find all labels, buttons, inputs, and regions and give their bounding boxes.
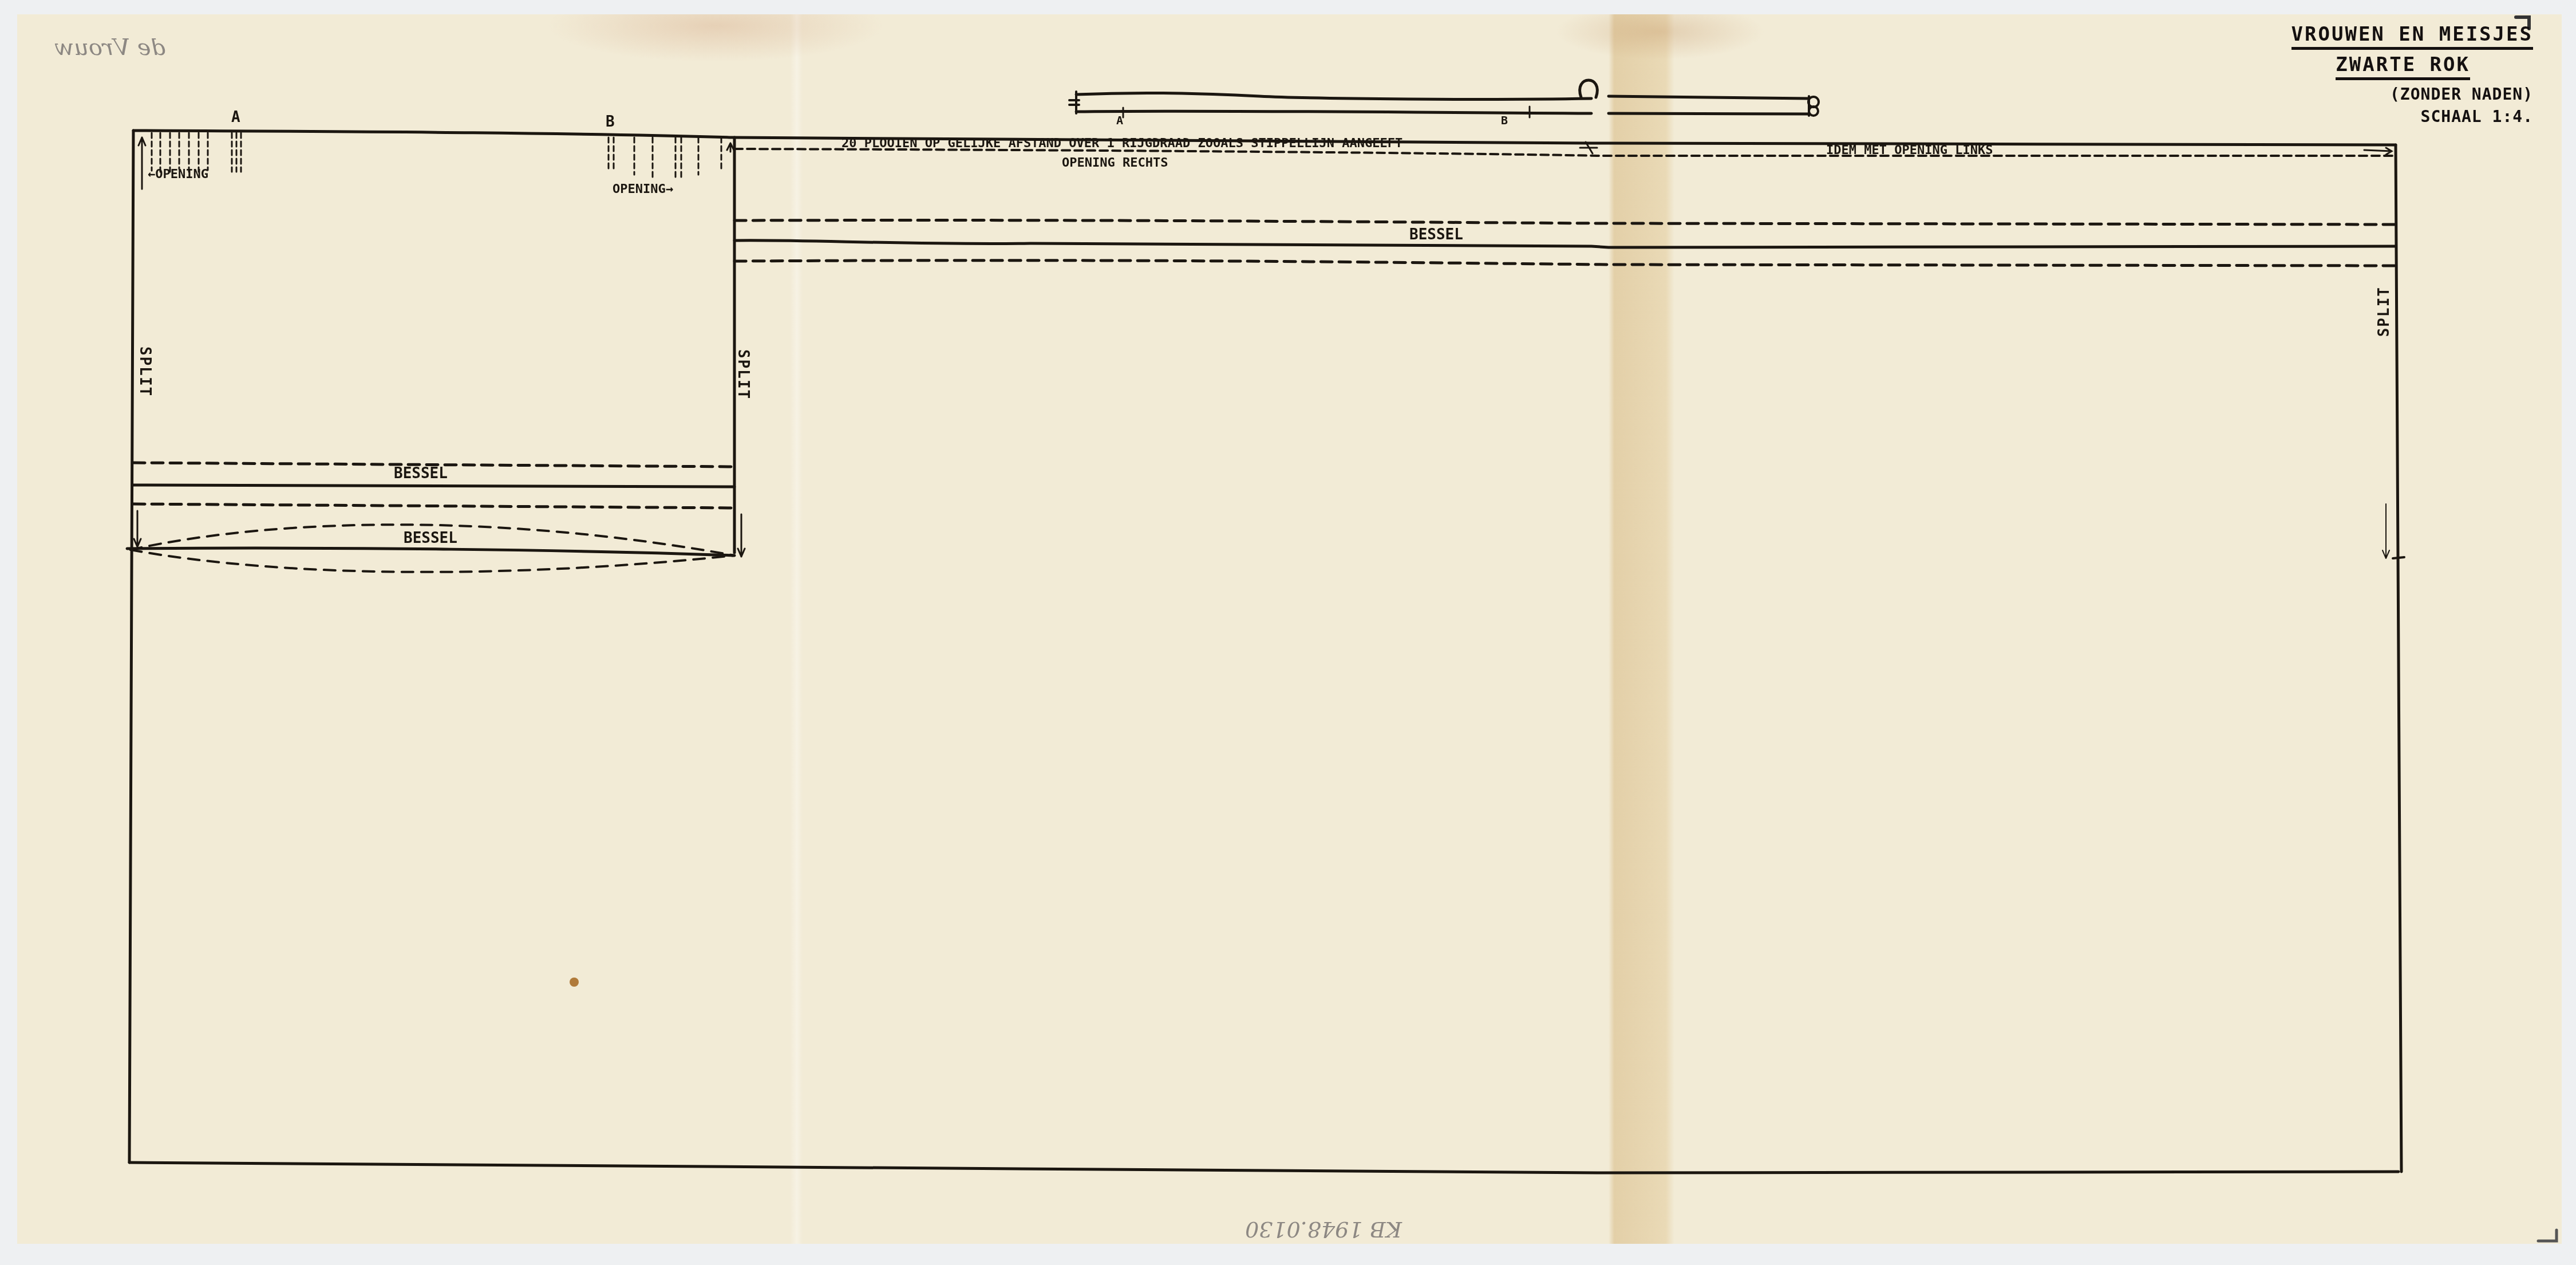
title-subtitle: (ZONDER NADEN) <box>2291 85 2533 104</box>
left-piece <box>127 133 745 572</box>
pencil-note-top-left: de Vrouw <box>54 34 165 61</box>
title-block: VROUWEN EN MEISJES ZWARTE ROK (ZONDER NA… <box>2291 23 2533 126</box>
pleat-instruction: 20 PLOOIEN OP GELIJKE AFSTAND OVER 1 RIJ… <box>841 136 1402 151</box>
left-label-a: A <box>231 109 240 126</box>
split-label-far-right: SPLIT <box>2376 286 2393 337</box>
hook-icon <box>1069 100 1079 105</box>
bessel-label-right: BESSEL <box>1409 226 1463 243</box>
title-scale: SCHAAL 1:4. <box>2291 107 2533 126</box>
bessel-label-2: BESSEL <box>404 530 457 547</box>
left-label-b: B <box>606 113 615 131</box>
waistband-label-a: A <box>1116 113 1123 127</box>
bessel-label-1: BESSEL <box>394 465 448 482</box>
opening-rechts-label: OPENING RECHTS <box>1062 156 1168 170</box>
outer-frame <box>129 131 2401 1173</box>
pencil-note-inventory: KB 1948.0130 <box>1245 1217 1402 1242</box>
title-garment: ZWARTE ROK <box>2336 53 2470 80</box>
button-loop-icon <box>1580 80 1598 97</box>
right-piece <box>734 142 2404 558</box>
opening-left-label: ←OPENING <box>148 167 208 182</box>
waistband <box>1069 80 1819 117</box>
opening-right-label: OPENING→ <box>613 182 673 196</box>
split-label-left: SPLIT <box>136 346 153 397</box>
idem-links-label: IDEM MET OPENING LINKS <box>1826 143 1993 157</box>
title-main: VROUWEN EN MEISJES <box>2291 23 2533 50</box>
split-label-right: SPLIT <box>734 349 752 400</box>
pattern-drawing <box>0 0 2576 1265</box>
ink-stain <box>570 978 579 987</box>
waistband-label-b: B <box>1501 113 1508 127</box>
